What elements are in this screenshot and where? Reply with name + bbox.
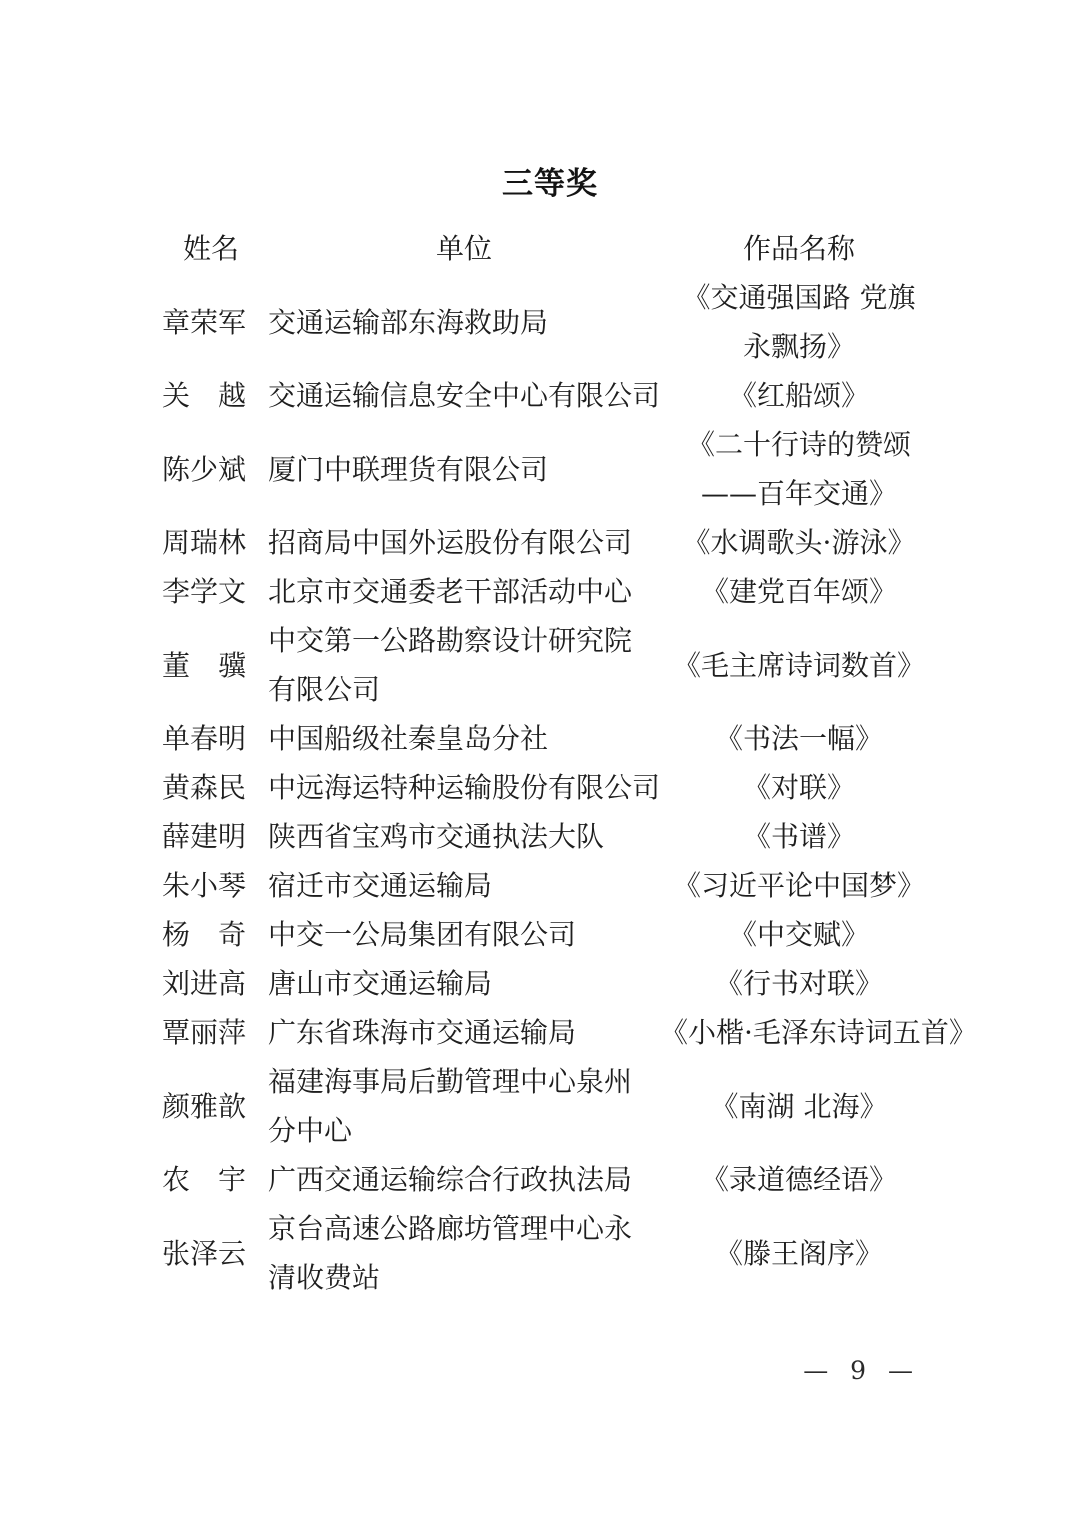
awards-table: 姓名 单位 作品名称 章荣军交通运输部东海救助局《交通强国路 党旗 永飘扬》关 … <box>162 224 938 1302</box>
winner-unit: 广东省珠海市交通运输局 <box>268 1008 660 1057</box>
work-title: 《录道德经语》 <box>660 1155 938 1204</box>
work-title: 《书谱》 <box>660 812 938 861</box>
table-row: 李学文北京市交通委老干部活动中心《建党百年颂》 <box>162 567 938 616</box>
table-row: 张泽云京台高速公路廊坊管理中心永 清收费站《滕王阁序》 <box>162 1204 938 1302</box>
winner-unit: 陕西省宝鸡市交通执法大队 <box>268 812 660 861</box>
table-row: 颜雅歆福建海事局后勤管理中心泉州 分中心《南湖 北海》 <box>162 1057 938 1155</box>
work-title: 《滕王阁序》 <box>660 1229 938 1278</box>
winner-unit: 中交第一公路勘察设计研究院 有限公司 <box>268 616 660 714</box>
work-title: 《红船颂》 <box>660 371 938 420</box>
winner-unit: 京台高速公路廊坊管理中心永 清收费站 <box>268 1204 660 1302</box>
winner-name: 覃丽萍 <box>162 1008 260 1057</box>
work-title: 《对联》 <box>660 763 938 812</box>
work-title: 《行书对联》 <box>660 959 938 1008</box>
table-row: 农 宇广西交通运输综合行政执法局《录道德经语》 <box>162 1155 938 1204</box>
work-title: 《书法一幅》 <box>660 714 938 763</box>
table-header: 姓名 单位 作品名称 <box>162 224 938 273</box>
page-title: 三等奖 <box>162 166 938 202</box>
header-name: 姓名 <box>162 224 260 273</box>
winner-unit: 中国船级社秦皇岛分社 <box>268 714 660 763</box>
work-title: 《小楷·毛泽东诗词五首》 <box>660 1008 977 1057</box>
work-title: 《南湖 北海》 <box>660 1082 938 1131</box>
winner-name: 薛建明 <box>162 812 260 861</box>
winner-name: 朱小琴 <box>162 861 260 910</box>
winner-name: 张泽云 <box>162 1229 260 1278</box>
winner-unit: 厦门中联理货有限公司 <box>268 445 660 494</box>
winner-unit: 宿迁市交通运输局 <box>268 861 660 910</box>
winner-name: 董 骥 <box>162 641 260 690</box>
winner-name: 陈少斌 <box>162 445 260 494</box>
winner-unit: 招商局中国外运股份有限公司 <box>268 518 660 567</box>
table-row: 朱小琴宿迁市交通运输局《习近平论中国梦》 <box>162 861 938 910</box>
winner-name: 黄森民 <box>162 763 260 812</box>
work-title: 《交通强国路 党旗 永飘扬》 <box>660 273 938 371</box>
winner-name: 刘进高 <box>162 959 260 1008</box>
work-title: 《二十行诗的赞颂 ——百年交通》 <box>660 420 938 518</box>
winner-name: 关 越 <box>162 371 260 420</box>
work-title: 《毛主席诗词数首》 <box>660 641 938 690</box>
table-row: 陈少斌厦门中联理货有限公司《二十行诗的赞颂 ——百年交通》 <box>162 420 938 518</box>
table-row: 杨 奇中交一公局集团有限公司《中交赋》 <box>162 910 938 959</box>
winner-unit: 北京市交通委老干部活动中心 <box>268 567 660 616</box>
header-work-title: 作品名称 <box>660 224 938 273</box>
table-row: 关 越交通运输信息安全中心有限公司《红船颂》 <box>162 371 938 420</box>
winner-unit: 福建海事局后勤管理中心泉州 分中心 <box>268 1057 660 1155</box>
winner-name: 章荣军 <box>162 298 260 347</box>
winner-name: 李学文 <box>162 567 260 616</box>
table-row: 董 骥中交第一公路勘察设计研究院 有限公司《毛主席诗词数首》 <box>162 616 938 714</box>
table-row: 黄森民中远海运特种运输股份有限公司《对联》 <box>162 763 938 812</box>
work-title: 《建党百年颂》 <box>660 567 938 616</box>
winner-unit: 交通运输部东海救助局 <box>268 298 660 347</box>
document-page: 三等奖 姓名 单位 作品名称 章荣军交通运输部东海救助局《交通强国路 党旗 永飘… <box>0 0 1080 1527</box>
winner-unit: 唐山市交通运输局 <box>268 959 660 1008</box>
work-title: 《中交赋》 <box>660 910 938 959</box>
table-row: 单春明中国船级社秦皇岛分社《书法一幅》 <box>162 714 938 763</box>
table-row: 覃丽萍广东省珠海市交通运输局《小楷·毛泽东诗词五首》 <box>162 1008 938 1057</box>
winner-unit: 广西交通运输综合行政执法局 <box>268 1155 660 1204</box>
winner-unit: 中远海运特种运输股份有限公司 <box>268 763 660 812</box>
work-title: 《水调歌头·游泳》 <box>660 518 938 567</box>
winner-name: 单春明 <box>162 714 260 763</box>
table-row: 周瑞林招商局中国外运股份有限公司《水调歌头·游泳》 <box>162 518 938 567</box>
page-number: — 9 — <box>803 1356 920 1386</box>
work-title: 《习近平论中国梦》 <box>660 861 938 910</box>
winner-name: 颜雅歆 <box>162 1082 260 1131</box>
table-body: 章荣军交通运输部东海救助局《交通强国路 党旗 永飘扬》关 越交通运输信息安全中心… <box>162 273 938 1302</box>
winner-unit: 中交一公局集团有限公司 <box>268 910 660 959</box>
winner-name: 杨 奇 <box>162 910 260 959</box>
table-row: 章荣军交通运输部东海救助局《交通强国路 党旗 永飘扬》 <box>162 273 938 371</box>
winner-name: 农 宇 <box>162 1155 260 1204</box>
winner-unit: 交通运输信息安全中心有限公司 <box>268 371 660 420</box>
table-row: 薛建明陕西省宝鸡市交通执法大队《书谱》 <box>162 812 938 861</box>
winner-name: 周瑞林 <box>162 518 260 567</box>
header-unit: 单位 <box>268 224 660 273</box>
table-row: 刘进高唐山市交通运输局《行书对联》 <box>162 959 938 1008</box>
